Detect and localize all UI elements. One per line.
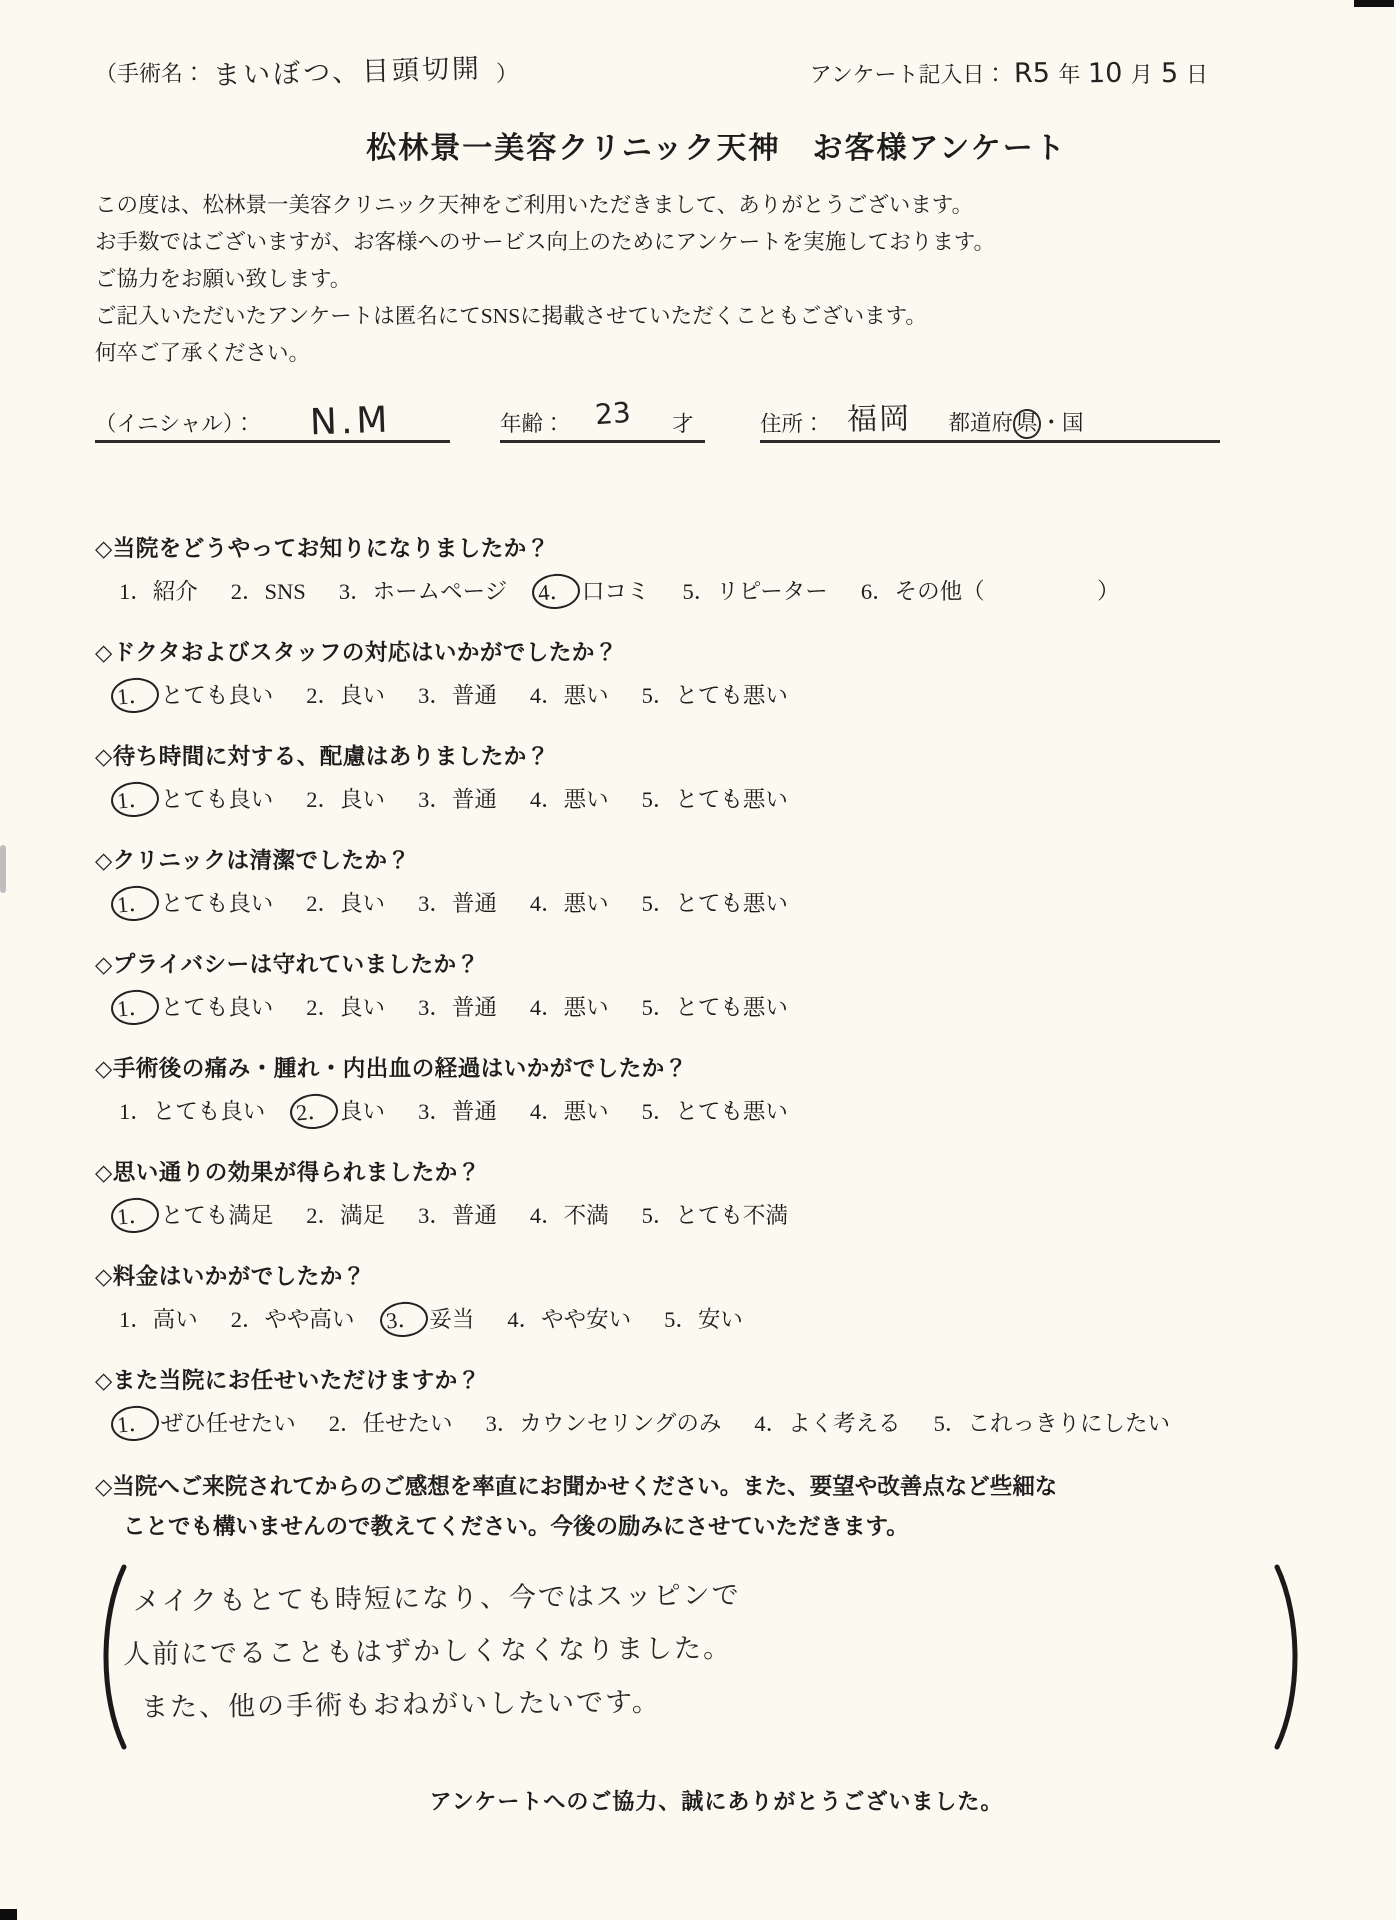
option-item: 5．とても悪い — [642, 891, 788, 916]
option-number: 3． — [418, 995, 452, 1020]
option-item: 6．その他（ ） — [861, 579, 1120, 604]
survey-page: （手術名：まいぼつ、目頭切開） アンケート記入日：R5年10月5日 松林景一美容… — [0, 0, 1396, 1816]
option-number: 2． — [306, 683, 340, 708]
option-number: 4． — [507, 1307, 541, 1332]
surgery-name-field: （手術名：まいぼつ、目頭切開） — [95, 50, 518, 89]
option-item: 3．普通 — [418, 1203, 497, 1228]
selected-answer-circle: 1． — [110, 884, 161, 923]
option-label: 普通 — [452, 683, 497, 708]
option-number: 3． — [418, 683, 452, 708]
selected-answer-circle: 1． — [110, 1404, 161, 1443]
option-label: やや安い — [541, 1307, 631, 1332]
option-item: 1．とても良い — [119, 891, 273, 916]
free-comment-prompt-line: ことでも構いませんので教えてください。今後の励みにさせていただきます。 — [95, 1507, 1338, 1547]
option-number: 2． — [306, 1203, 340, 1228]
option-label: とても良い — [161, 891, 274, 916]
age-unit-label: 才 — [672, 407, 694, 438]
option-number: 4． — [754, 1411, 788, 1436]
option-item: 2．良い — [298, 1099, 385, 1124]
age-label: 年齢： — [500, 407, 565, 438]
option-item: 1．とても良い — [119, 1099, 265, 1124]
free-comment-prompt-line: ◇当院へご来院されてからのご感想を率直にお聞かせください。また、要望や改善点など… — [95, 1467, 1338, 1507]
option-number: 4． — [530, 1099, 564, 1124]
option-item: 2．良い — [306, 995, 385, 1020]
selected-answer-circle: 2． — [289, 1092, 340, 1131]
option-number: 1． — [119, 1307, 153, 1332]
option-item: 1．紹介 — [119, 579, 198, 604]
option-item: 1．ぜひ任せたい — [119, 1411, 296, 1436]
question-options: 1．とても良い2．良い3．普通4．悪い5．とても悪い — [95, 990, 1338, 1022]
option-number: 5． — [934, 1411, 968, 1436]
option-item: 4．悪い — [530, 1099, 609, 1124]
option-label: とても悪い — [675, 1099, 788, 1124]
option-label: 悪い — [564, 683, 609, 708]
option-number: 4． — [530, 787, 564, 812]
option-label: 不満 — [564, 1203, 609, 1228]
date-era-handwritten: R5 — [1014, 58, 1050, 90]
handwritten-comment: メイクもとても時短になり、今ではスッピンで 人前にでることもはずかしくなくなりま… — [95, 1563, 1338, 1728]
option-number: 1． — [119, 1099, 153, 1124]
option-item: 1．とても満足 — [119, 1203, 273, 1228]
question-prompt: ◇思い通りの効果が得られましたか？ — [95, 1155, 1338, 1187]
option-number: 1． — [119, 579, 153, 604]
date-day-handwritten: 5 — [1161, 58, 1179, 89]
initial-field: （イニシャル）： N.M — [95, 397, 450, 443]
option-item: 4．悪い — [530, 891, 609, 916]
option-number: 5． — [642, 891, 676, 916]
option-item: 3．カウンセリングのみ — [486, 1411, 722, 1436]
scan-smudge-left-edge — [0, 845, 6, 893]
option-number: 5． — [642, 995, 676, 1020]
option-item: 3．普通 — [418, 891, 497, 916]
address-field: 住所： 福岡 都道府県・国 — [760, 394, 1220, 443]
question-options: 1．高い2．やや高い3．妥当4．やや安い5．安い — [95, 1302, 1338, 1334]
option-item: 2．任せたい — [329, 1411, 453, 1436]
prefecture-circle-annotation: 県 — [1012, 408, 1041, 439]
question-block: ◇プライバシーは守れていましたか？1．とても良い2．良い3．普通4．悪い5．とて… — [95, 947, 1338, 1022]
question-block: ◇手術後の痛み・腫れ・内出血の経過はいかがでしたか？1．とても良い2．良い3．普… — [95, 1051, 1338, 1126]
option-item: 4．悪い — [530, 683, 609, 708]
header-row: （手術名：まいぼつ、目頭切開） アンケート記入日：R5年10月5日 — [95, 50, 1338, 89]
option-label: 良い — [340, 683, 385, 708]
option-label: 普通 — [452, 787, 497, 812]
option-number: 3． — [418, 1203, 452, 1228]
address-label: 住所： — [760, 407, 825, 438]
option-number: 5． — [642, 1099, 676, 1124]
option-label: ぜひ任せたい — [161, 1411, 296, 1436]
question-block: ◇ドクタおよびスタッフの対応はいかがでしたか？1．とても良い2．良い3．普通4．… — [95, 635, 1338, 710]
option-number: 3． — [418, 787, 452, 812]
selected-answer-circle: 1． — [110, 780, 161, 819]
option-label: とても悪い — [675, 891, 788, 916]
option-item: 2．やや高い — [231, 1307, 355, 1332]
address-suffix: 都道府県・国 — [949, 406, 1084, 439]
option-item: 4．やや安い — [507, 1307, 631, 1332]
surgery-label: （手術名： — [95, 61, 205, 86]
survey-date-field: アンケート記入日：R5年10月5日 — [810, 58, 1208, 89]
option-item: 3．普通 — [418, 995, 497, 1020]
question-block: ◇待ち時間に対する、配慮はありましたか？1．とても良い2．良い3．普通4．悪い5… — [95, 739, 1338, 814]
option-label: よく考える — [788, 1411, 901, 1436]
option-item: 3．普通 — [418, 683, 497, 708]
option-label: SNS — [265, 579, 306, 604]
question-block: ◇料金はいかがでしたか？1．高い2．やや高い3．妥当4．やや安い5．安い — [95, 1259, 1338, 1334]
scan-artifact-top-right — [1354, 0, 1394, 7]
selected-answer-circle: 1． — [110, 988, 161, 1027]
option-label: 口コミ — [582, 579, 650, 604]
option-number: 5． — [642, 787, 676, 812]
date-year-suffix: 年 — [1058, 62, 1080, 87]
option-item: 4．悪い — [530, 787, 609, 812]
option-number: 2． — [306, 891, 340, 916]
option-label: ホームページ — [373, 579, 508, 604]
date-month-handwritten: 10 — [1088, 58, 1123, 90]
question-block: ◇クリニックは清潔でしたか？1．とても良い2．良い3．普通4．悪い5．とても悪い — [95, 843, 1338, 918]
option-number: 3． — [486, 1411, 520, 1436]
option-item: 4．悪い — [530, 995, 609, 1020]
option-item: 3．普通 — [418, 1099, 497, 1124]
option-item: 2．良い — [306, 787, 385, 812]
intro-line: 何卒ご了承ください。 — [95, 335, 1338, 372]
question-block: ◇思い通りの効果が得られましたか？1．とても満足2．満足3．普通4．不満5．とて… — [95, 1155, 1338, 1230]
option-label: 普通 — [452, 1203, 497, 1228]
option-label: 高い — [153, 1307, 198, 1332]
intro-line: お手数ではございますが、お客様へのサービス向上のためにアンケートを実施しておりま… — [95, 224, 1338, 261]
option-label: 任せたい — [363, 1411, 453, 1436]
option-label: 普通 — [452, 891, 497, 916]
age-handwritten-value: 23 — [593, 396, 631, 431]
option-number: 3． — [418, 1099, 452, 1124]
option-item: 2．SNS — [231, 579, 306, 604]
question-prompt: ◇当院をどうやってお知りになりましたか？ — [95, 531, 1338, 563]
option-item: 4．不満 — [530, 1203, 609, 1228]
option-number: 4． — [530, 995, 564, 1020]
question-options: 1．とても良い2．良い3．普通4．悪い5．とても悪い — [95, 1094, 1338, 1126]
scanned-survey-document: { "header": { "surgery_prefix": "（手術名：",… — [0, 0, 1396, 1920]
option-item: 3．普通 — [418, 787, 497, 812]
option-number: 4． — [530, 891, 564, 916]
option-item: 5．リピーター — [682, 579, 827, 604]
initial-label: （イニシャル）： — [95, 407, 255, 438]
option-item: 1．とても良い — [119, 787, 273, 812]
option-number: 2． — [306, 995, 340, 1020]
option-item: 2．満足 — [306, 1203, 385, 1228]
option-item: 5．とても不満 — [642, 1203, 788, 1228]
scan-artifact-bottom-left — [0, 1909, 17, 1920]
question-prompt: ◇待ち時間に対する、配慮はありましたか？ — [95, 739, 1338, 771]
option-label: 良い — [340, 787, 385, 812]
address-handwritten-value: 福岡 — [846, 393, 911, 438]
option-number: 2． — [231, 579, 265, 604]
thank-you-footer: アンケートへのご協力、誠にありがとうございました。 — [95, 1785, 1338, 1816]
option-label: 良い — [340, 1099, 385, 1124]
option-label: とても良い — [153, 1099, 266, 1124]
option-label: カウンセリングのみ — [519, 1411, 721, 1436]
intro-line: ご記入いただいたアンケートは匿名にてSNSに掲載させていただくこともございます。 — [95, 298, 1338, 335]
option-number: 2． — [329, 1411, 363, 1436]
option-item: 1．高い — [119, 1307, 198, 1332]
option-item: 3．ホームページ — [339, 579, 507, 604]
selected-answer-circle: 1． — [110, 1196, 161, 1235]
option-number: 3． — [339, 579, 373, 604]
question-block: ◇また当院にお任せいただけますか？1．ぜひ任せたい2．任せたい3．カウンセリング… — [95, 1363, 1338, 1438]
question-options: 1．とても良い2．良い3．普通4．悪い5．とても悪い — [95, 678, 1338, 710]
option-item: 4．口コミ — [540, 579, 649, 604]
option-label: 普通 — [452, 995, 497, 1020]
free-comment-area: メイクもとても時短になり、今ではスッピンで 人前にでることもはずかしくなくなりま… — [95, 1563, 1338, 1751]
option-label: 妥当 — [429, 1307, 474, 1332]
option-label: とても良い — [161, 787, 274, 812]
selected-answer-circle: 4． — [531, 572, 582, 611]
question-options: 1．とても満足2．満足3．普通4．不満5．とても不満 — [95, 1198, 1338, 1230]
option-label: 悪い — [564, 995, 609, 1020]
option-item: 5．これっきりにしたい — [934, 1411, 1170, 1436]
question-prompt: ◇料金はいかがでしたか？ — [95, 1259, 1338, 1291]
question-prompt: ◇クリニックは清潔でしたか？ — [95, 843, 1338, 875]
date-label: アンケート記入日： — [810, 62, 1007, 87]
option-label: これっきりにしたい — [967, 1411, 1170, 1436]
question-prompt: ◇プライバシーは守れていましたか？ — [95, 947, 1338, 979]
selected-answer-circle: 1． — [110, 676, 161, 715]
handwritten-comment-line: また、他の手術もおねがいしたいです。 — [141, 1669, 1338, 1735]
option-label: とても悪い — [675, 995, 788, 1020]
intro-paragraph: この度は、松林景一美容クリニック天神をご利用いただきまして、ありがとうございます… — [95, 187, 1338, 372]
date-day-suffix: 日 — [1186, 62, 1208, 87]
option-label: リピーター — [716, 579, 828, 604]
surgery-handwritten-value: まいぼつ、目頭切開 — [213, 46, 483, 92]
option-number: 6． — [861, 579, 895, 604]
option-number: 2． — [306, 787, 340, 812]
option-item: 2．良い — [306, 891, 385, 916]
option-label: 悪い — [564, 1099, 609, 1124]
option-label: とても悪い — [675, 787, 788, 812]
option-number: 4． — [530, 683, 564, 708]
option-number: 5． — [642, 683, 676, 708]
option-item: 5．とても悪い — [642, 995, 788, 1020]
respondent-profile-row: （イニシャル）： N.M 年齢： 23 才 住所： 福岡 都道府県・国 — [95, 394, 1338, 443]
option-label: とても不満 — [675, 1203, 788, 1228]
option-number: 5． — [682, 579, 716, 604]
option-label: 紹介 — [153, 579, 198, 604]
option-number: 3． — [418, 891, 452, 916]
option-item: 5．とても悪い — [642, 1099, 788, 1124]
option-item: 3．妥当 — [388, 1307, 475, 1332]
option-label: 良い — [340, 995, 385, 1020]
question-prompt: ◇ドクタおよびスタッフの対応はいかがでしたか？ — [95, 635, 1338, 667]
option-label: とても満足 — [161, 1203, 274, 1228]
option-item: 5．とても悪い — [642, 683, 788, 708]
question-options: 1．紹介2．SNS3．ホームページ4．口コミ5．リピーター6．その他（ ） — [95, 574, 1338, 606]
question-prompt: ◇手術後の痛み・腫れ・内出血の経過はいかがでしたか？ — [95, 1051, 1338, 1083]
option-label: 普通 — [452, 1099, 497, 1124]
question-options: 1．とても良い2．良い3．普通4．悪い5．とても悪い — [95, 782, 1338, 814]
option-label: とても良い — [161, 683, 274, 708]
initial-handwritten-value: N.M — [309, 400, 392, 444]
option-number: 5． — [664, 1307, 698, 1332]
option-number: 4． — [530, 1203, 564, 1228]
option-item: 1．とても良い — [119, 995, 273, 1020]
question-prompt: ◇また当院にお任せいただけますか？ — [95, 1363, 1338, 1395]
intro-line: この度は、松林景一美容クリニック天神をご利用いただきまして、ありがとうございます… — [95, 187, 1338, 224]
free-comment-prompt: ◇当院へご来院されてからのご感想を率直にお聞かせください。また、要望や改善点など… — [95, 1467, 1338, 1547]
option-number: 2． — [231, 1307, 265, 1332]
question-options: 1．ぜひ任せたい2．任せたい3．カウンセリングのみ4．よく考える5．これっきりに… — [95, 1406, 1338, 1438]
option-label: その他（ ） — [895, 579, 1120, 604]
option-item: 4．よく考える — [754, 1411, 900, 1436]
option-label: 悪い — [564, 787, 609, 812]
question-block: ◇当院をどうやってお知りになりましたか？1．紹介2．SNS3．ホームページ4．口… — [95, 531, 1338, 606]
option-label: 安い — [698, 1307, 743, 1332]
surgery-label-close: ） — [496, 61, 518, 86]
date-month-suffix: 月 — [1131, 62, 1153, 87]
option-item: 1．とても良い — [119, 683, 273, 708]
option-item: 5．とても悪い — [642, 787, 788, 812]
option-label: 良い — [340, 891, 385, 916]
question-options: 1．とても良い2．良い3．普通4．悪い5．とても悪い — [95, 886, 1338, 918]
option-number: 5． — [642, 1203, 676, 1228]
age-field: 年齢： 23 才 — [500, 405, 705, 443]
option-label: 悪い — [564, 891, 609, 916]
option-label: とても悪い — [675, 683, 788, 708]
intro-line: ご協力をお願い致します。 — [95, 261, 1338, 298]
page-title: 松林景一美容クリニック天神 お客様アンケート — [95, 123, 1338, 167]
option-label: やや高い — [265, 1307, 355, 1332]
question-list: ◇当院をどうやってお知りになりましたか？1．紹介2．SNS3．ホームページ4．口… — [95, 531, 1338, 1438]
option-label: 満足 — [340, 1203, 385, 1228]
selected-answer-circle: 3． — [378, 1300, 429, 1339]
option-label: とても良い — [161, 995, 274, 1020]
option-item: 2．良い — [306, 683, 385, 708]
option-item: 5．安い — [664, 1307, 743, 1332]
